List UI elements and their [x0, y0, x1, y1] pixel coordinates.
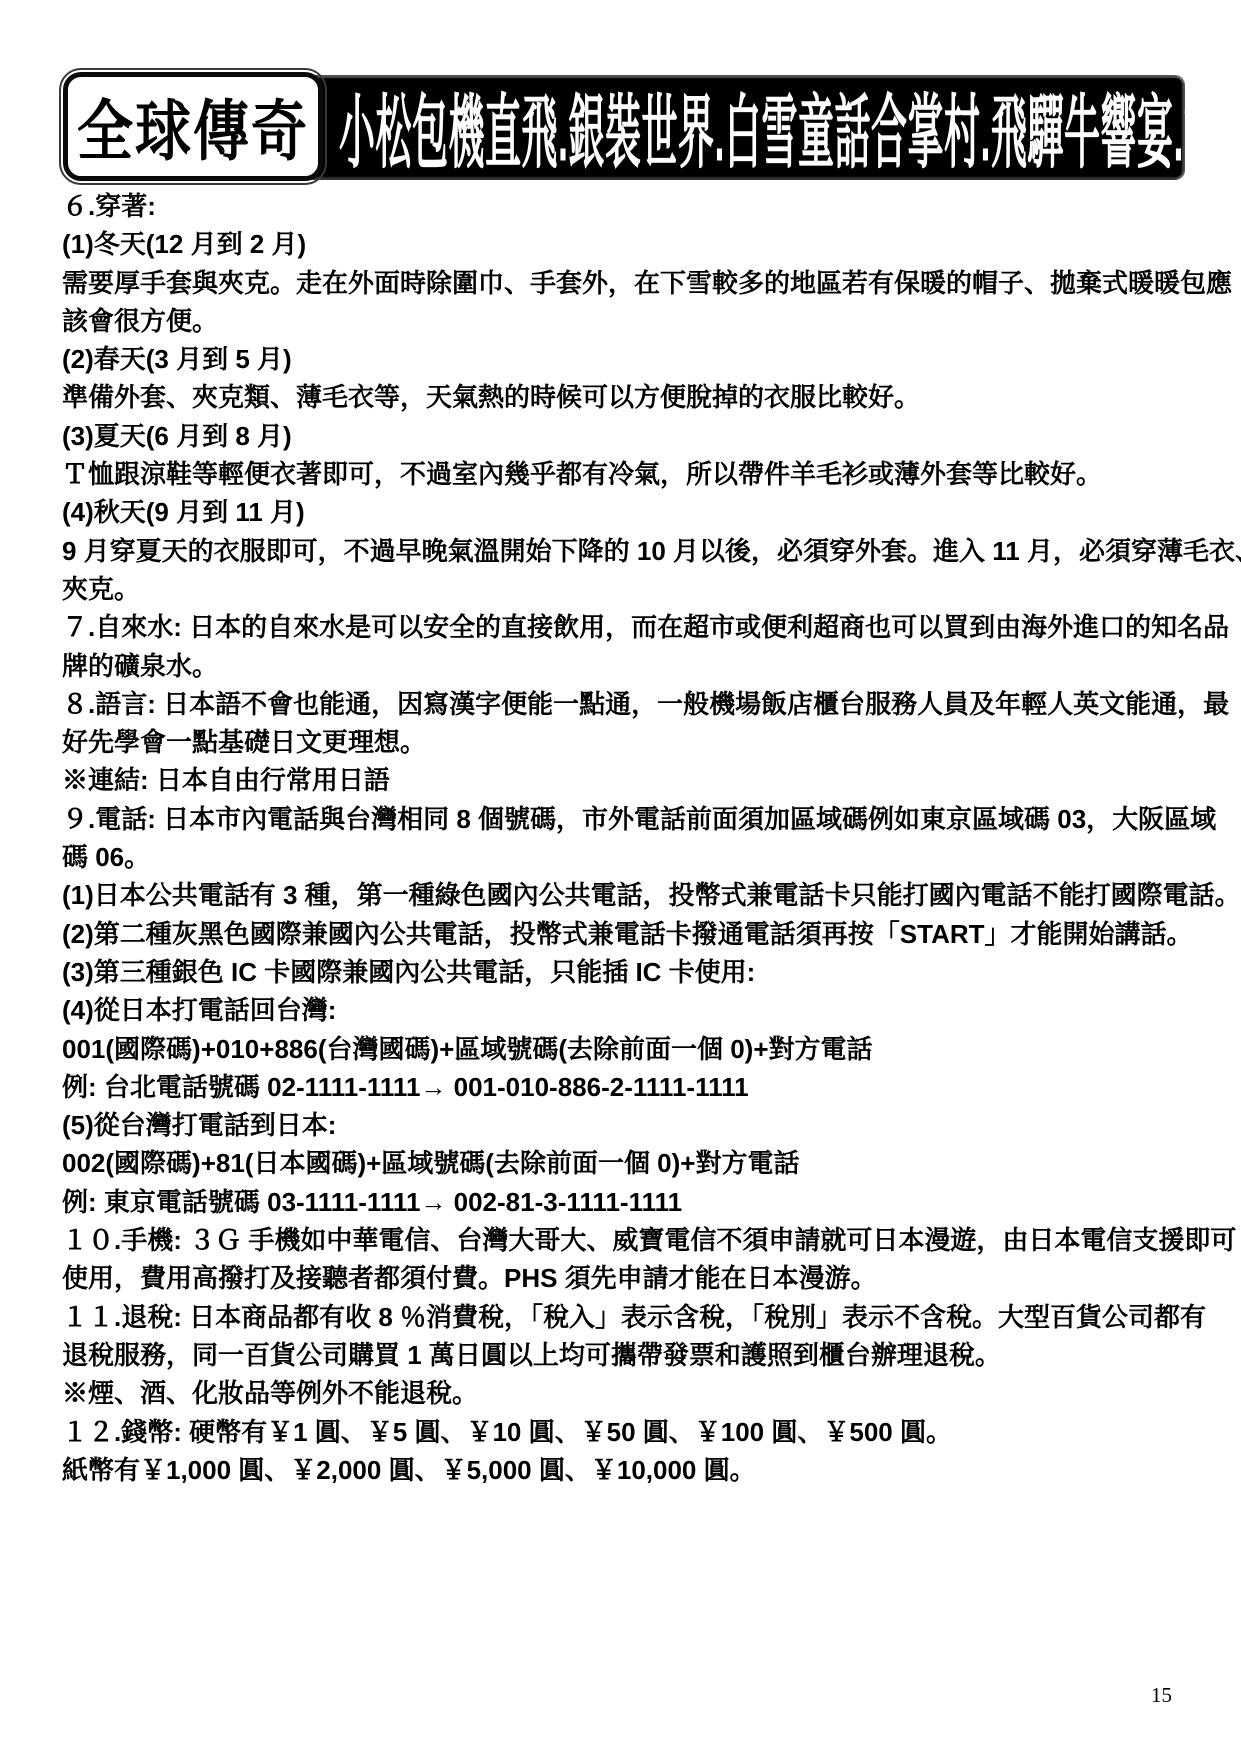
document-line: ６.穿著:	[62, 187, 1188, 225]
document-line: 夾克。	[62, 570, 1188, 608]
document-line: (3)第三種銀色 IC 卡國際兼國內公共電話，只能插 IC 卡使用:	[62, 953, 1188, 991]
document-line: ７.自來水: 日本的自來水是可以安全的直接飲用，而在超市或便利超商也可以買到由海…	[62, 608, 1188, 646]
document-line: 準備外套、夾克類、薄毛衣等，天氣熱的時候可以方便脫掉的衣服比較好。	[62, 378, 1188, 416]
document-line: 好先學會一點基礎日文更理想。	[62, 723, 1188, 761]
brand-logo-text: 全球傳奇	[77, 79, 309, 173]
document-line: 需要厚手套與夾克。走在外面時除圍巾、手套外，在下雪較多的地區若有保暖的帽子、拋棄…	[62, 264, 1188, 302]
document-line: 002(國際碼)+81(日本國碼)+區域號碼(去除前面一個 0)+對方電話	[62, 1144, 1188, 1182]
document-line: 牌的礦泉水。	[62, 647, 1188, 685]
document-line: 紙幣有￥1,000 圓、￥2,000 圓、￥5,000 圓、￥10,000 圓。	[62, 1451, 1188, 1489]
document-line: ９.電話: 日本市內電話與台灣相同 8 個號碼，市外電話前面須加區域碼例如東京區…	[62, 800, 1188, 838]
document-line: 退稅服務，同一百貨公司購買 1 萬日圓以上均可攜帶發票和護照到櫃台辦理退稅。	[62, 1336, 1188, 1374]
page-number: 15	[1151, 1683, 1172, 1708]
document-line: (1)日本公共電話有 3 種，第一種綠色國內公共電話，投幣式兼電話卡只能打國內電…	[62, 876, 1188, 914]
document-line: (2)春天(3 月到 5 月)	[62, 340, 1188, 378]
document-line: 例: 東京電話號碼 03-1111-1111→ 002-81-3-1111-11…	[62, 1183, 1188, 1221]
document-line: (4)秋天(9 月到 11 月)	[62, 493, 1188, 531]
document-line: １１.退稅: 日本商品都有收 8 ％消費稅，「稅入」表示含稅，「稅別」表示不含稅…	[62, 1298, 1188, 1336]
document-line: Ｔ恤跟涼鞋等輕便衣著即可，不過室內幾乎都有冷氣，所以帶件羊毛衫或薄外套等比較好。	[62, 455, 1188, 493]
document-line: 例: 台北電話號碼 02-1111-1111→ 001-010-886-2-11…	[62, 1068, 1188, 1106]
document-line: 9 月穿夏天的衣服即可，不過早晚氣溫開始下降的 10 月以後，必須穿外套。進入 …	[62, 532, 1188, 570]
document-page: 小松包機直飛.銀裝世界.白雪童話合掌村.飛驒牛響宴.溫泉五日 全球傳奇 ６.穿著…	[0, 0, 1241, 1755]
document-line: (1)冬天(12 月到 2 月)	[62, 225, 1188, 263]
document-line: 該會很方便。	[62, 302, 1188, 340]
document-line: ８.語言: 日本語不會也能通，因寫漢字便能一點通，一般機場飯店櫃台服務人員及年輕…	[62, 685, 1188, 723]
tour-title: 小松包機直飛.銀裝世界.白雪童話合掌村.飛驒牛響宴.溫泉五日	[339, 67, 1241, 183]
brand-logo-box: 全球傳奇	[63, 72, 323, 181]
document-line: (4)從日本打電話回台灣:	[62, 991, 1188, 1029]
document-line: (3)夏天(6 月到 8 月)	[62, 417, 1188, 455]
document-line: ※連結: 日本自由行常用日語	[62, 761, 1188, 799]
document-line: 使用，費用高撥打及接聽者都須付費。PHS 須先申請才能在日本漫游。	[62, 1259, 1188, 1297]
document-line: 001(國際碼)+010+886(台灣國碼)+區域號碼(去除前面一個 0)+對方…	[62, 1030, 1188, 1068]
document-line: (2)第二種灰黑色國際兼國內公共電話，投幣式兼電話卡撥通電話須再按「START」…	[62, 915, 1188, 953]
document-line: １２.錢幣: 硬幣有￥1 圓、￥5 圓、￥10 圓、￥50 圓、￥100 圓、￥…	[62, 1413, 1188, 1451]
document-line: ※煙、酒、化妝品等例外不能退稅。	[62, 1374, 1188, 1412]
document-body: ６.穿著:(1)冬天(12 月到 2 月)需要厚手套與夾克。走在外面時除圍巾、手…	[62, 187, 1188, 1489]
document-line: １０.手機: ３Ｇ 手機如中華電信、台灣大哥大、威寶電信不須申請就可日本漫遊，由…	[62, 1221, 1188, 1259]
document-line: (5)從台灣打電話到日本:	[62, 1106, 1188, 1144]
page-header: 小松包機直飛.銀裝世界.白雪童話合掌村.飛驒牛響宴.溫泉五日 全球傳奇	[63, 70, 1185, 183]
document-line: 碼 06。	[62, 838, 1188, 876]
